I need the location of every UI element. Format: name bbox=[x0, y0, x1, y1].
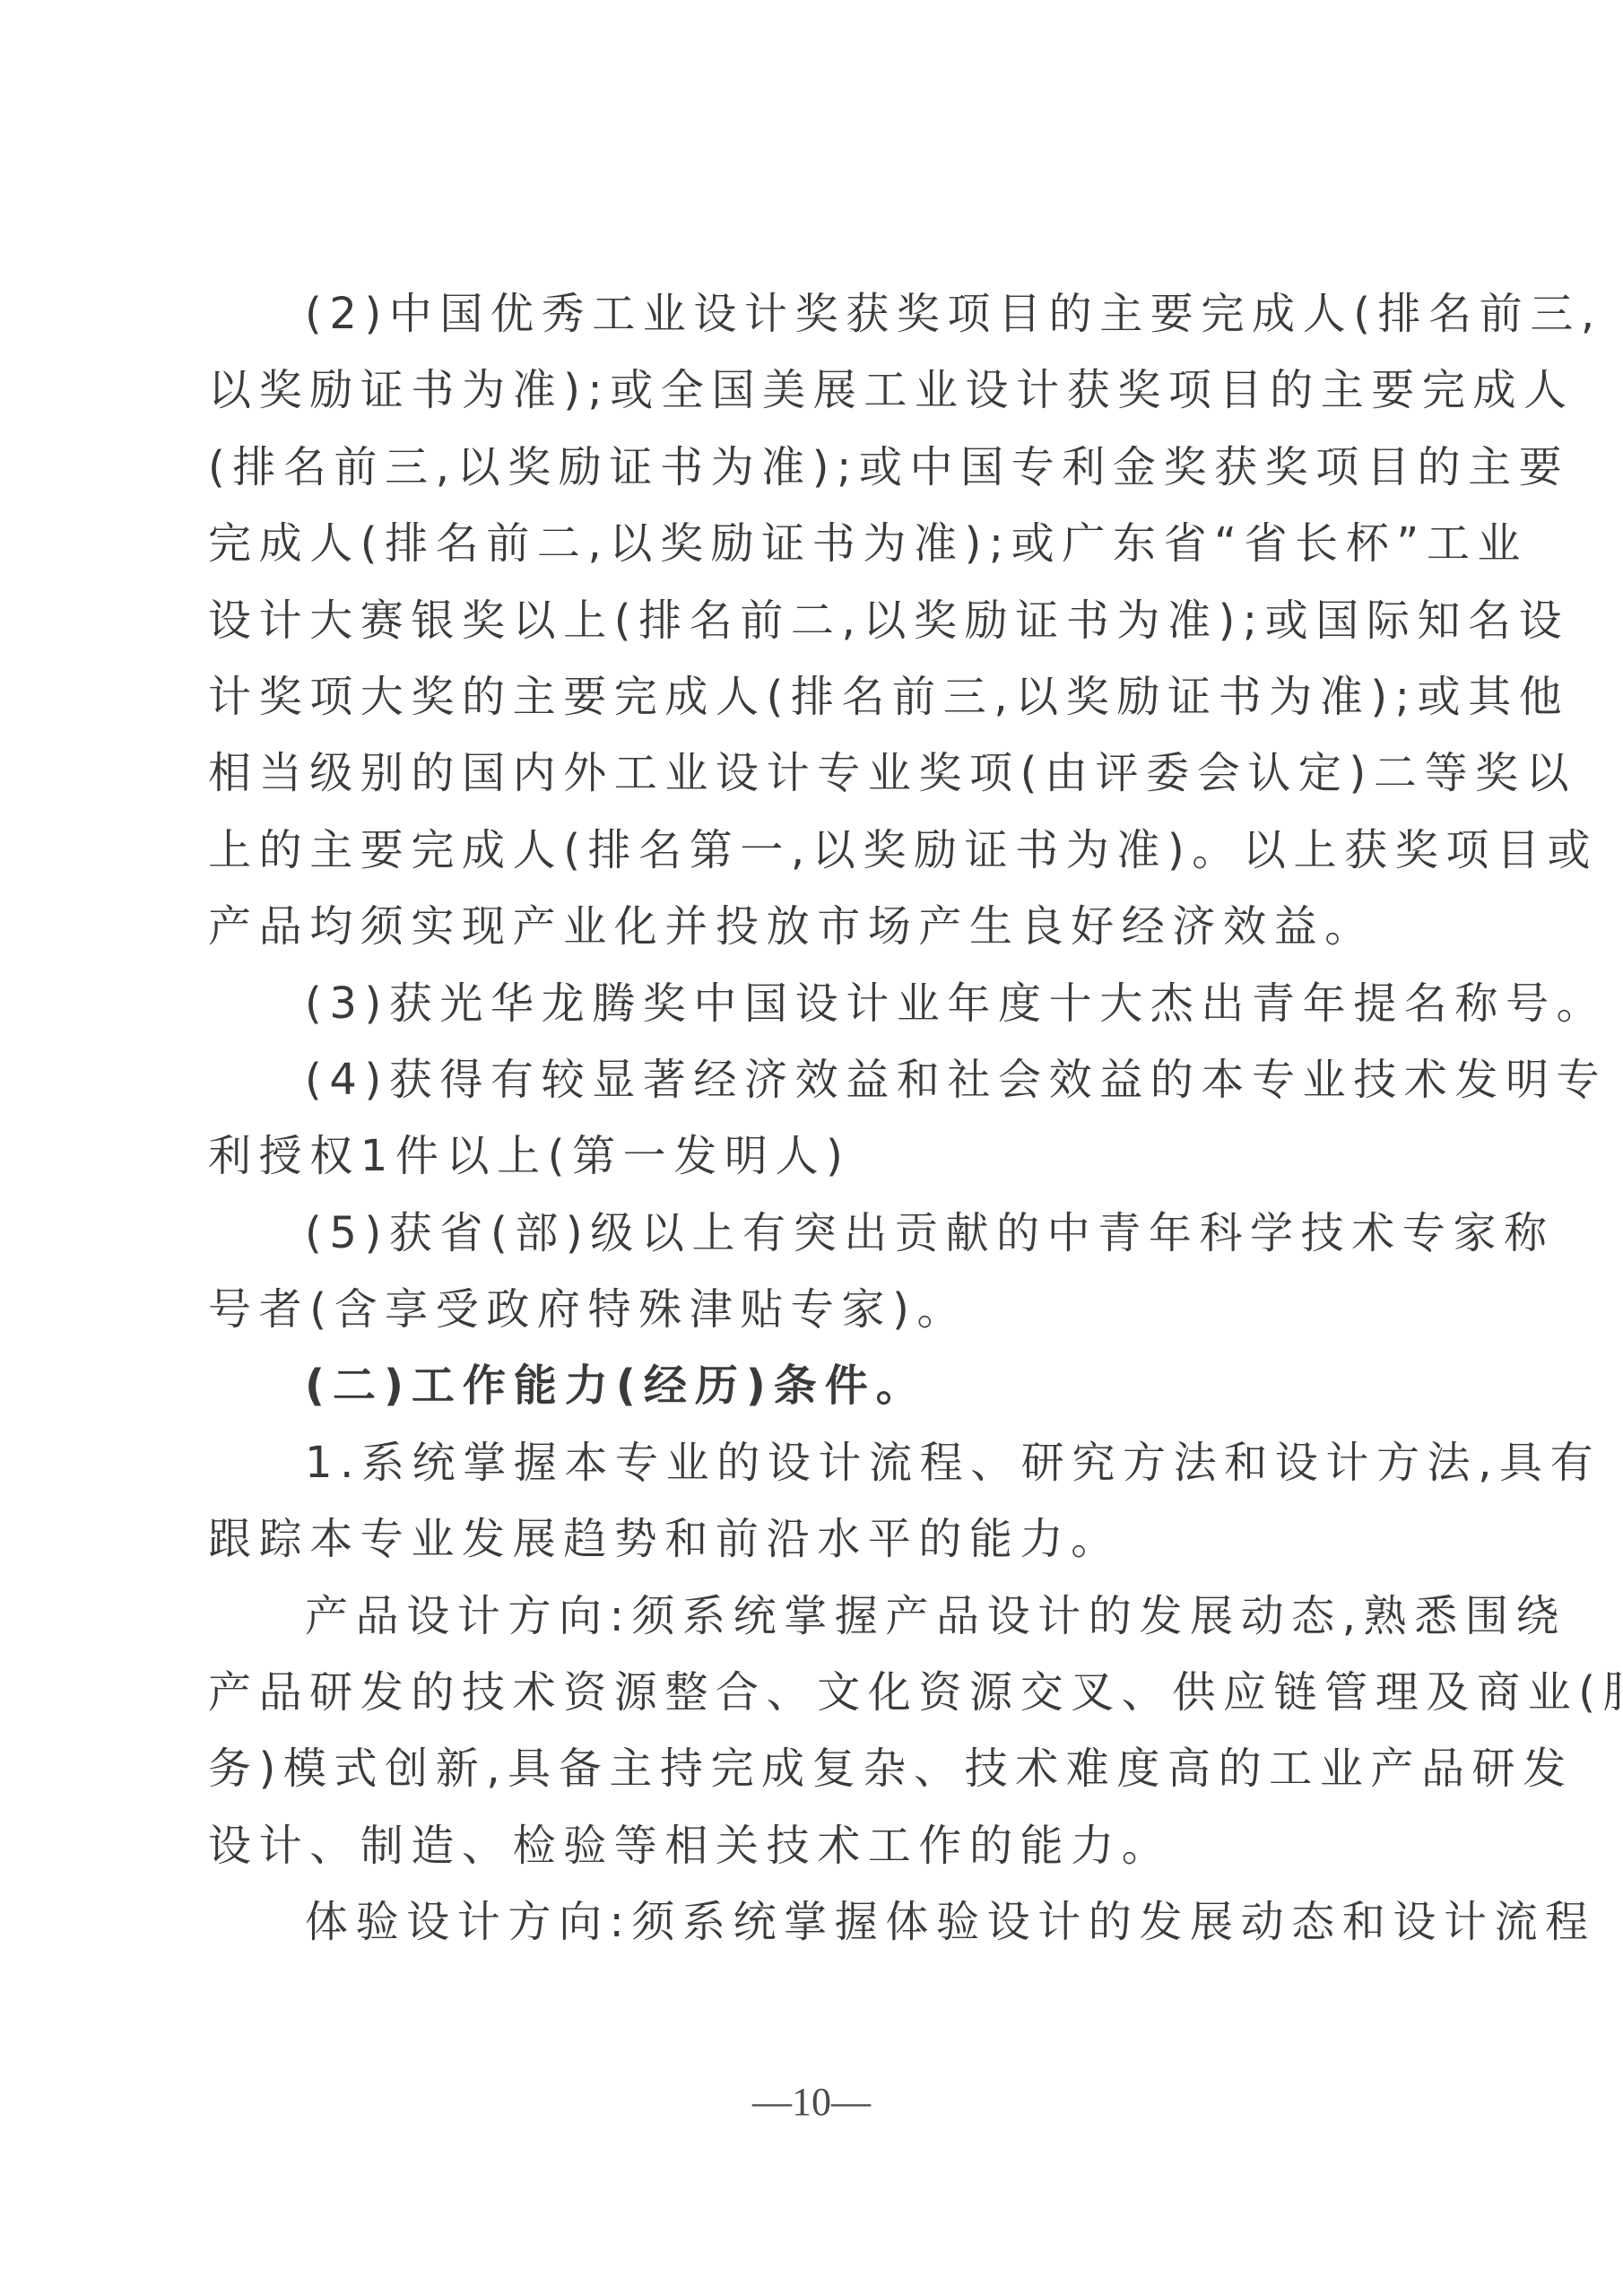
text-line: (2)中国优秀工业设计奖获奖项目的主要完成人(排名前三, bbox=[208, 276, 1411, 352]
text-line: 跟踪本专业发展趋势和前沿水平的能力。 bbox=[208, 1501, 1411, 1578]
page-number: —10— bbox=[0, 2079, 1623, 2125]
text-line: (排名前三,以奖励证书为准);或中国专利金奖获奖项目的主要 bbox=[208, 430, 1411, 506]
text-line: 以奖励证书为准);或全国美展工业设计获奖项目的主要完成人 bbox=[208, 352, 1411, 429]
text-line: 上的主要完成人(排名第一,以奖励证书为准)。以上获奖项目或 bbox=[208, 813, 1411, 889]
body-text: (2)中国优秀工业设计奖获奖项目的主要完成人(排名前三, 以奖励证书为准);或全… bbox=[208, 276, 1411, 1961]
text-line: 产品研发的技术资源整合、文化资源交叉、供应链管理及商业(服 bbox=[208, 1655, 1411, 1731]
text-line: 计奖项大奖的主要完成人(排名前三,以奖励证书为准);或其他 bbox=[208, 659, 1411, 735]
text-line: 设计大赛银奖以上(排名前二,以奖励证书为准);或国际知名设 bbox=[208, 583, 1411, 659]
text-line: (5)获省(部)级以上有突出贡献的中青年科学技术专家称 bbox=[208, 1196, 1411, 1272]
text-line: 号者(含享受政府特殊津贴专家)。 bbox=[208, 1272, 1411, 1348]
text-line: 利授权1件以上(第一发明人) bbox=[208, 1118, 1411, 1195]
text-line: (3)获光华龙腾奖中国设计业年度十大杰出青年提名称号。 bbox=[208, 966, 1411, 1042]
text-line: 设计、制造、检验等相关技术工作的能力。 bbox=[208, 1808, 1411, 1884]
text-line: 完成人(排名前二,以奖励证书为准);或广东省“省长杯”工业 bbox=[208, 506, 1411, 582]
document-page: (2)中国优秀工业设计奖获奖项目的主要完成人(排名前三, 以奖励证书为准);或全… bbox=[0, 0, 1623, 2296]
text-line: 务)模式创新,具备主持完成复杂、技术难度高的工业产品研发 bbox=[208, 1731, 1411, 1807]
text-line: 体验设计方向:须系统掌握体验设计的发展动态和设计流程 bbox=[208, 1884, 1411, 1961]
text-line: 产品均须实现产业化并投放市场产生良好经济效益。 bbox=[208, 889, 1411, 965]
text-line: 相当级别的国内外工业设计专业奖项(由评委会认定)二等奖以 bbox=[208, 735, 1411, 812]
text-line: (4)获得有较显著经济效益和社会效益的本专业技术发明专 bbox=[208, 1042, 1411, 1118]
section-heading: (二)工作能力(经历)条件。 bbox=[208, 1348, 1411, 1424]
text-line: 产品设计方向:须系统掌握产品设计的发展动态,熟悉围绕 bbox=[208, 1578, 1411, 1655]
text-line: 1.系统掌握本专业的设计流程、研究方法和设计方法,具有 bbox=[208, 1425, 1411, 1501]
